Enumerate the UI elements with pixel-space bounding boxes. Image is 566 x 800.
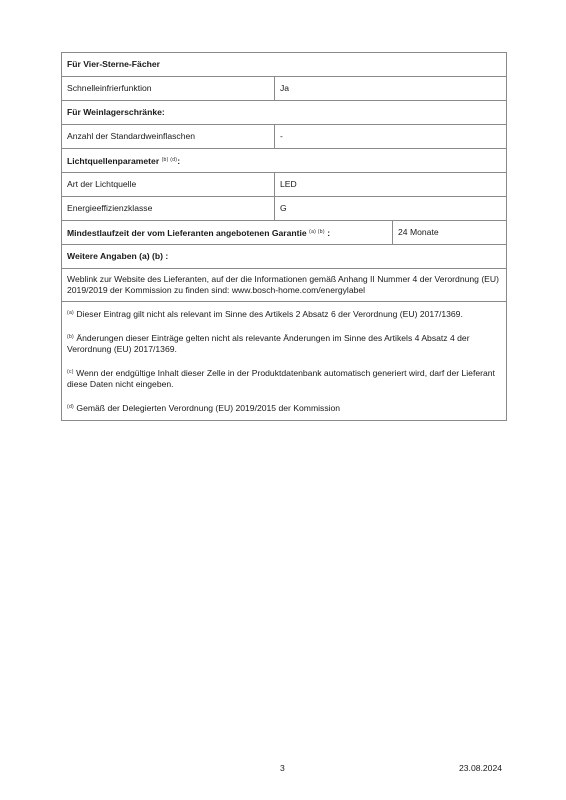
quick-freeze-value: Ja xyxy=(275,77,507,101)
document-date: 23.08.2024 xyxy=(459,763,502,773)
table-row: Energieeffizienzklasse G xyxy=(62,197,507,221)
warranty-row: Mindestlaufzeit der vom Lieferanten ange… xyxy=(62,221,507,245)
footnote-ref: (d) xyxy=(67,404,74,410)
footnote-text: Änderungen dieser Einträge gelten nicht … xyxy=(67,333,470,354)
warranty-label: Mindestlaufzeit der vom Lieferanten ange… xyxy=(62,221,393,245)
footnotes-row: (a) Dieser Eintrag gilt nicht als releva… xyxy=(62,302,507,421)
section-row-further: Weitere Angaben (a) (b) : xyxy=(62,245,507,269)
warranty-suffix: : xyxy=(325,228,330,238)
warranty-value: 24 Monate xyxy=(393,221,507,245)
section-light-heading: Lichtquellenparameter (b) (d): xyxy=(62,149,507,173)
section-light-suffix: : xyxy=(177,156,180,166)
light-type-label: Art der Lichtquelle xyxy=(62,173,275,197)
wine-bottles-value: - xyxy=(275,125,507,149)
weblink-row: Weblink zur Website des Lieferanten, auf… xyxy=(62,269,507,302)
energy-class-label: Energieeffizienzklasse xyxy=(62,197,275,221)
product-info-table: Für Vier-Sterne-Fächer Schnelleinfrierfu… xyxy=(61,52,507,421)
section-row-wine: Für Weinlagerschränke: xyxy=(62,101,507,125)
section-further-heading: Weitere Angaben (a) (b) : xyxy=(62,245,507,269)
footnote-text: Dieser Eintrag gilt nicht als relevant i… xyxy=(74,309,463,319)
page-number: 3 xyxy=(280,763,285,773)
light-type-value: LED xyxy=(275,173,507,197)
section-four-star-heading: Für Vier-Sterne-Fächer xyxy=(62,53,507,77)
table-row: Schnelleinfrierfunktion Ja xyxy=(62,77,507,101)
section-light-text: Lichtquellenparameter xyxy=(67,156,159,166)
footnote-ref: (b) xyxy=(67,334,74,340)
section-row-light: Lichtquellenparameter (b) (d): xyxy=(62,149,507,173)
warranty-label-text: Mindestlaufzeit der vom Lieferanten ange… xyxy=(67,228,307,238)
footnote-text: Gemäß der Delegierten Verordnung (EU) 20… xyxy=(74,403,340,413)
quick-freeze-label: Schnelleinfrierfunktion xyxy=(62,77,275,101)
table-row: Anzahl der Standardweinflaschen - xyxy=(62,125,507,149)
section-light-footnote-refs: (b) (d) xyxy=(162,157,178,163)
table-row: Art der Lichtquelle LED xyxy=(62,173,507,197)
footnote-a: (a) Dieser Eintrag gilt nicht als releva… xyxy=(67,308,501,320)
footnote-b: (b) Änderungen dieser Einträge gelten ni… xyxy=(67,332,501,355)
footnote-ref: (a) xyxy=(67,310,74,316)
footnote-c: (c) Wenn der endgültige Inhalt dieser Ze… xyxy=(67,367,501,390)
warranty-footnote-refs: (a) (b) xyxy=(309,229,325,235)
footnote-d: (d) Gemäß der Delegierten Verordnung (EU… xyxy=(67,402,501,414)
section-wine-heading: Für Weinlagerschränke: xyxy=(62,101,507,125)
footnote-ref: (c) xyxy=(67,369,74,375)
wine-bottles-label: Anzahl der Standardweinflaschen xyxy=(62,125,275,149)
footnotes-cell: (a) Dieser Eintrag gilt nicht als releva… xyxy=(62,302,507,421)
energy-class-value: G xyxy=(275,197,507,221)
footnote-text: Wenn der endgültige Inhalt dieser Zelle … xyxy=(67,368,495,389)
section-row-four-star: Für Vier-Sterne-Fächer xyxy=(62,53,507,77)
weblink-text: Weblink zur Website des Lieferanten, auf… xyxy=(62,269,507,302)
